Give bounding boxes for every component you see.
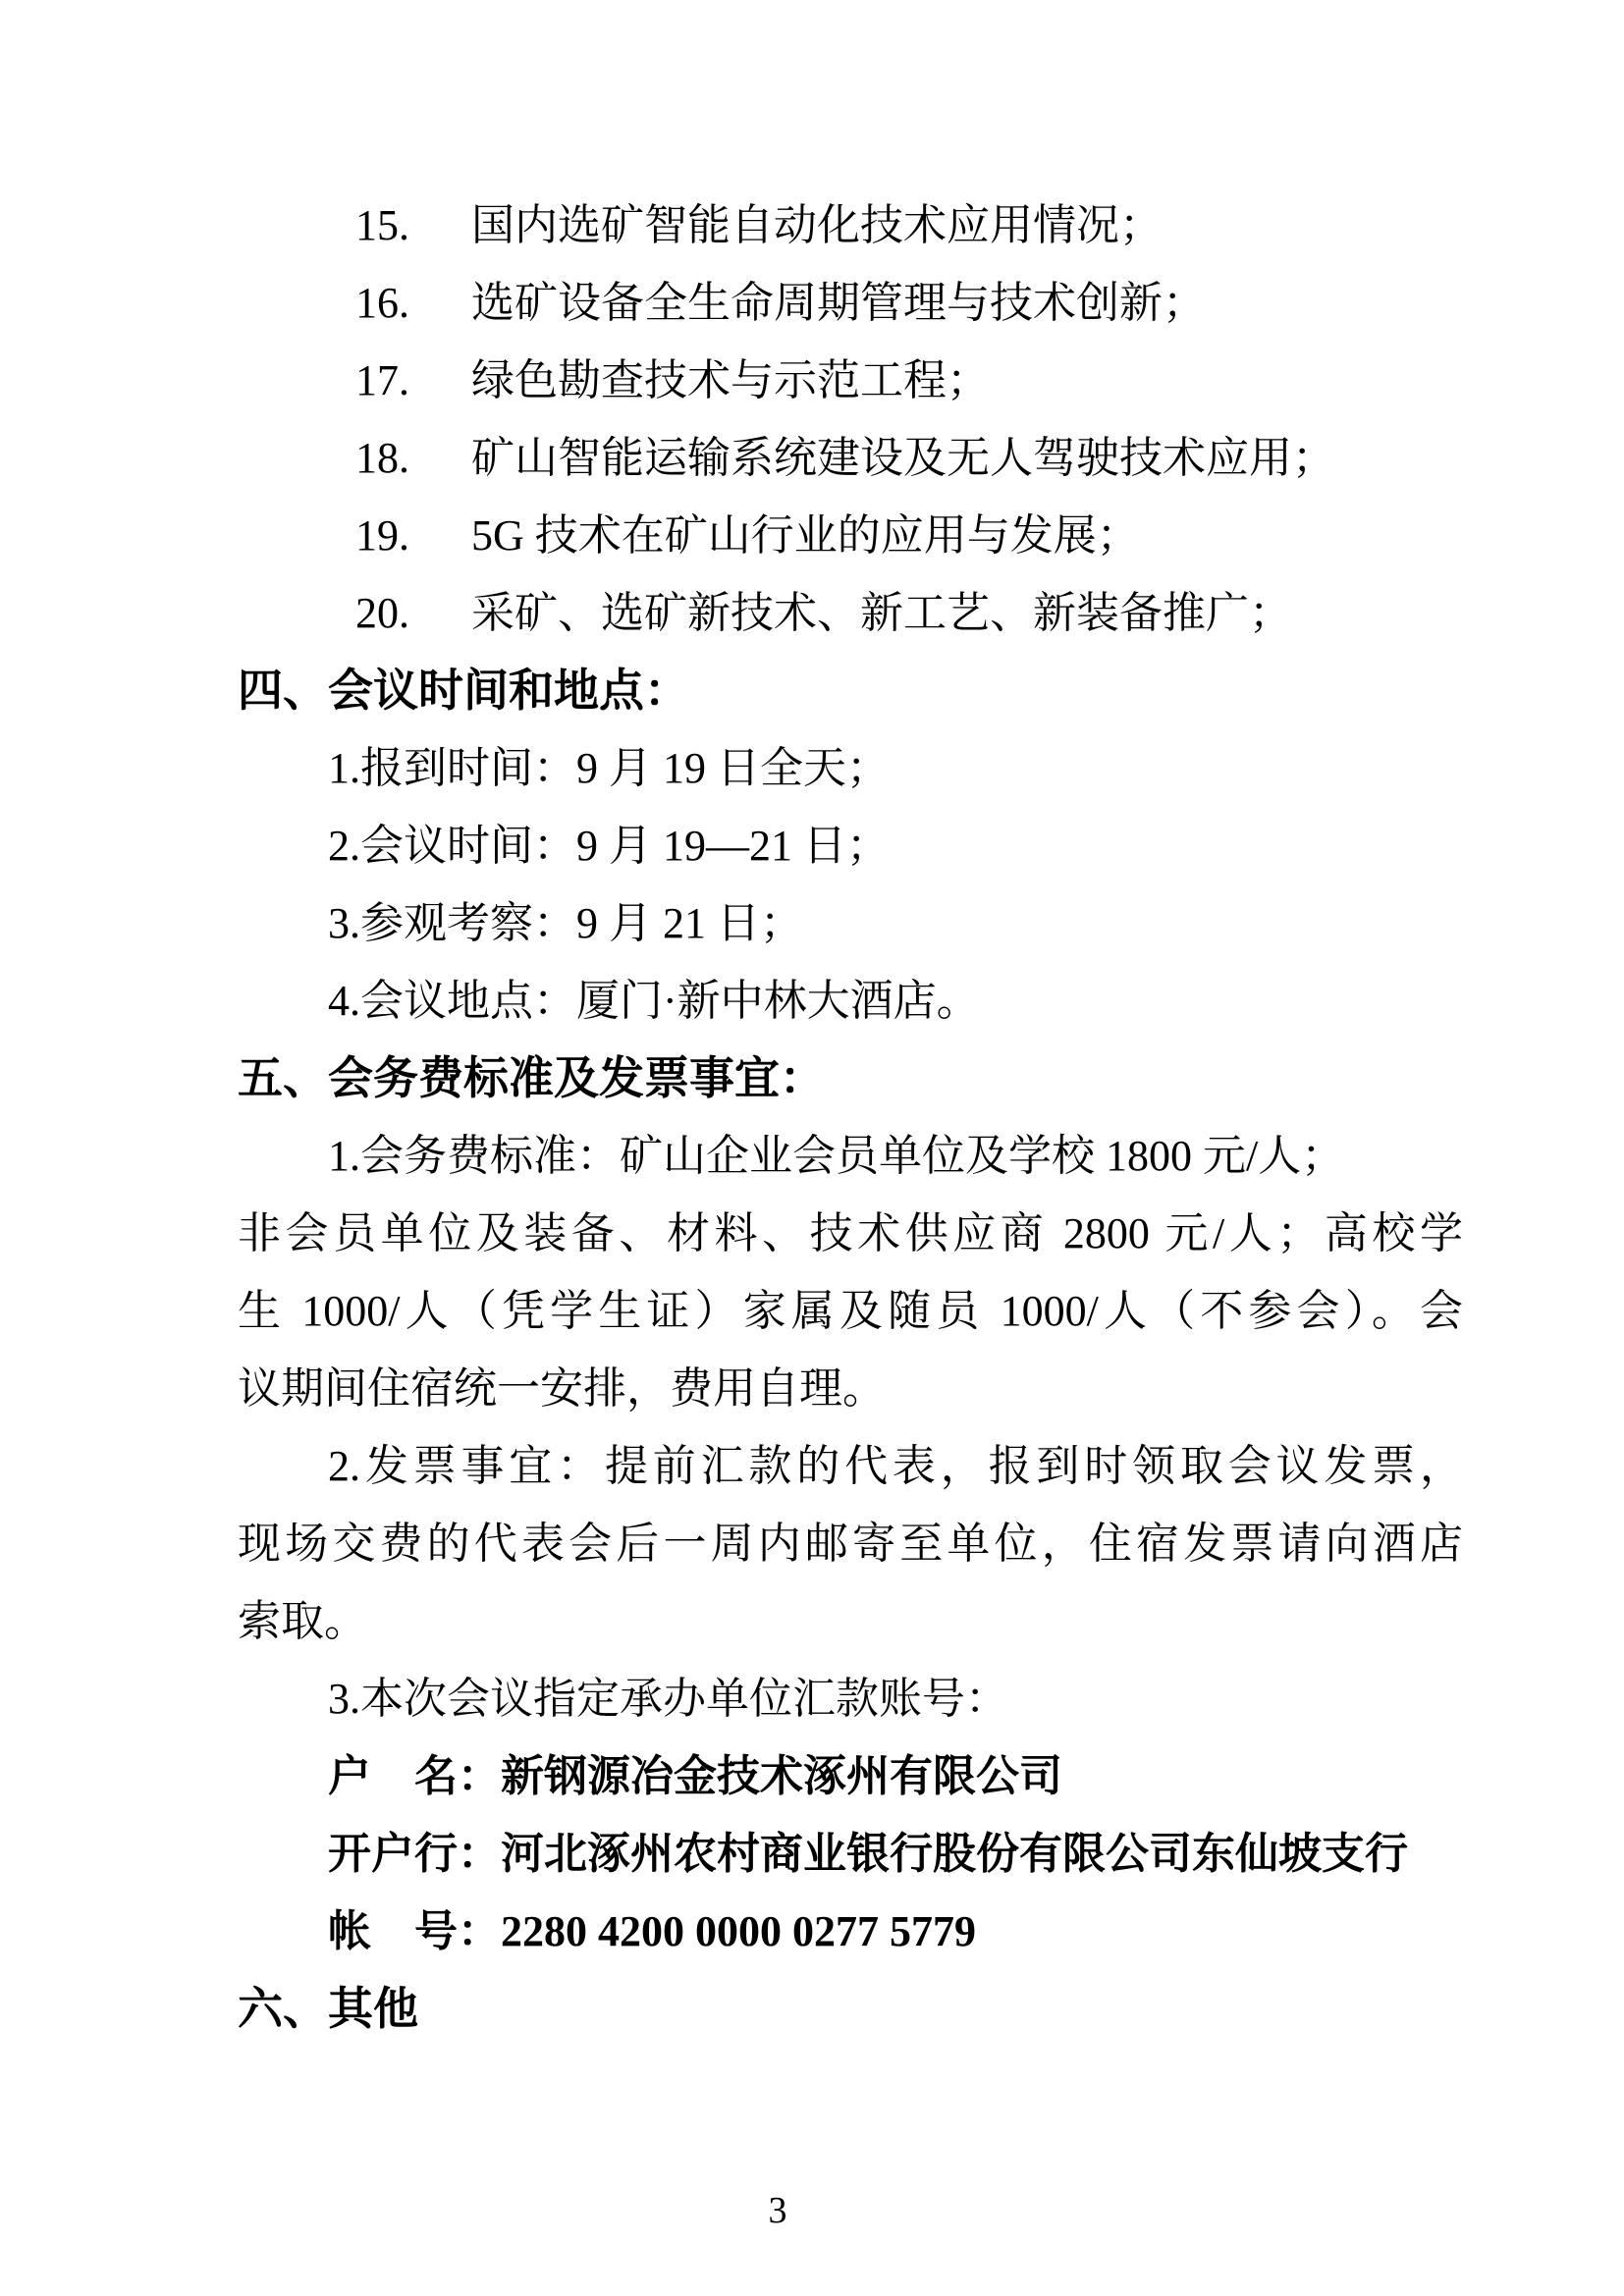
document-page: 15.国内选矿智能自动化技术应用情况； 16.选矿设备全生命周期管理与技术创新；… (0, 0, 1624, 2296)
fee-paragraph-line: 议期间住宿统一安排，费用自理。 (238, 1350, 1463, 1427)
list-item: 15.国内选矿智能自动化技术应用情况； (238, 187, 1463, 264)
list-item-number: 20. (355, 574, 471, 652)
list-item-text: 采矿、选矿新技术、新工艺、新装备推广； (471, 589, 1292, 637)
section4-item: 2.会议时间：9 月 19—21 日； (238, 807, 1463, 884)
list-item: 18.矿山智能运输系统建设及无人驾驶技术应用； (238, 419, 1463, 497)
bank-account-name: 户 名：新钢源冶金技术涿州有限公司 (238, 1737, 1463, 1815)
list-item-text: 国内选矿智能自动化技术应用情况； (471, 201, 1163, 249)
fee-paragraph-line: 生 1000/人（凭学生证）家属及随员 1000/人（不参会）。会 (238, 1272, 1463, 1350)
list-item: 20.采矿、选矿新技术、新工艺、新装备推广； (238, 574, 1463, 652)
list-item-text: 绿色勘查技术与示范工程； (471, 356, 990, 404)
page-footer: 3 (238, 2181, 1318, 2240)
invoice-paragraph-line: 索取。 (238, 1582, 1463, 1660)
list-item-number: 15. (355, 187, 471, 264)
list-item-text: 5G 技术在矿山行业的应用与发展； (471, 511, 1140, 560)
list-item-number: 17. (355, 342, 471, 419)
list-item-text: 选矿设备全生命周期管理与技术创新； (471, 279, 1206, 327)
section4-item: 1.报到时间：9 月 19 日全天； (238, 729, 1463, 807)
bank-branch: 开户行：河北涿州农村商业银行股份有限公司东仙坡支行 (238, 1815, 1463, 1893)
section4-item: 3.参观考察：9 月 21 日； (238, 884, 1463, 962)
fee-paragraph-line: 1.会务费标准：矿山企业会员单位及学校 1800 元/人； (238, 1117, 1463, 1195)
list-item: 16.选矿设备全生命周期管理与技术创新； (238, 264, 1463, 342)
invoice-paragraph-line: 2.发票事宜：提前汇款的代表，报到时领取会议发票， (238, 1427, 1463, 1505)
invoice-paragraph-line: 现场交费的代表会后一周内邮寄至单位，住宿发票请向酒店 (238, 1505, 1463, 1582)
section4-item: 4.会议地点：厦门·新中林大酒店。 (238, 962, 1463, 1040)
section5-heading: 五、会务费标准及发票事宜： (238, 1040, 1463, 1117)
document-body: 15.国内选矿智能自动化技术应用情况； 16.选矿设备全生命周期管理与技术创新；… (238, 187, 1463, 2048)
list-item: 17.绿色勘查技术与示范工程； (238, 342, 1463, 419)
remittance-intro: 3.本次会议指定承办单位汇款账号： (238, 1660, 1463, 1737)
list-item-number: 16. (355, 264, 471, 342)
page-number: 3 (769, 2190, 787, 2231)
fee-paragraph-line: 非会员单位及装备、材料、技术供应商 2800 元/人；高校学 (238, 1195, 1463, 1272)
list-item-number: 19. (355, 497, 471, 574)
section6-heading: 六、其他 (238, 1970, 1463, 2048)
list-item-text: 矿山智能运输系统建设及无人驾驶技术应用； (471, 434, 1335, 482)
list-item-number: 18. (355, 419, 471, 497)
list-item: 19.5G 技术在矿山行业的应用与发展； (238, 497, 1463, 574)
bank-account-number: 帐 号：2280 4200 0000 0277 5779 (238, 1893, 1463, 1970)
section4-heading: 四、会议时间和地点： (238, 652, 1463, 729)
